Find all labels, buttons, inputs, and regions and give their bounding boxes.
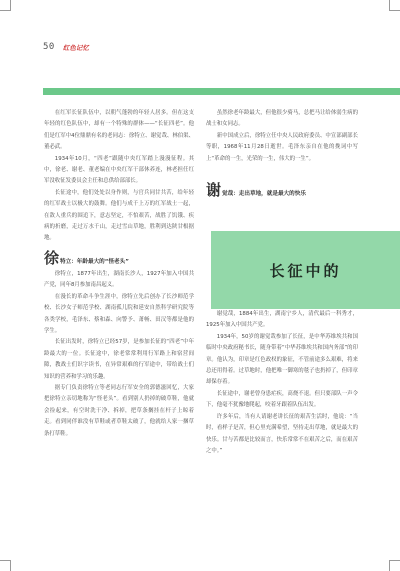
section-title: 觉哉：走出草地，就是最大的快乐 xyxy=(222,190,306,198)
drop-char: 徐 xyxy=(44,251,59,266)
paragraph: 新中国成立后，徐特立任中央人民政府委员、中宣部副部长等职，1968年11月28日… xyxy=(206,131,358,165)
page-number: 50 xyxy=(43,42,55,52)
section-heading-xu: 徐 特立：年龄最大的“怪老头” xyxy=(44,251,194,266)
paragraph: 据专门负责徐特立等老同志行军安全的郭德滋回忆，大家把徐特立亲切地称为“怪老头”。… xyxy=(44,383,194,440)
title-callout-box: 长征中的 xyxy=(211,231,400,309)
crop-mark-top-right xyxy=(389,0,400,11)
section-name: 红色记忆 xyxy=(63,43,89,52)
drop-char: 谢 xyxy=(206,183,221,198)
crop-mark-bottom-right xyxy=(389,560,400,571)
callout-title: 长征中的 xyxy=(269,260,341,281)
section-heading-xie: 谢 觉哉：走出草地，就是最大的快乐 xyxy=(206,183,358,198)
decorative-green-bar xyxy=(43,88,400,95)
crop-mark-bottom-left xyxy=(0,560,11,571)
crop-mark-top-left xyxy=(0,0,11,11)
paragraph: 1934年，50岁的谢觉哉参加了长征，是中华苏维埃共和国临时中央政府秘书长，随身… xyxy=(206,332,358,389)
paragraph: 在漫长的革命斗争生涯中，徐特立先后创办了长沙师范学校、长沙女子师范学校、湖南孤儿… xyxy=(44,292,194,338)
section-title: 特立：年龄最大的“怪老头” xyxy=(60,258,129,266)
paragraph: 许多年后，当有人请谢老讲长征的艰苦生活时，他说：“当时，看样子是苦，但心里充满希… xyxy=(206,412,358,458)
paragraph: 徐特立，1877年出生，湖南长沙人，1927年加入中国共产党，同年8月参加南昌起… xyxy=(44,269,194,292)
paragraph: 谢觉哉，1884年出生，湖南宁乡人，清代最后一科秀才，1925年加入中国共产党。 xyxy=(206,309,358,332)
paragraph: 在红军长征队伍中，以朝气蓬勃的年轻人居多。但在这支年轻的红色队伍中，却有一个特殊… xyxy=(44,108,194,154)
paragraph: 虽然徐老年龄最大，但他很少骑马，总把马让给体弱生病的战士和女同志。 xyxy=(206,108,358,131)
paragraph: 1934年10月，“四老”跟随中央红军踏上漫漫征程。其中，徐老、谢老、董老编在中… xyxy=(44,154,194,188)
page-header: 50 红色记忆 xyxy=(43,42,89,52)
paragraph: 长征途中，谢老曾身患疟疾，高烧不退。但只要部队一声令下，他毫不犹豫地爬起，咬着牙… xyxy=(206,389,358,412)
left-column: 在红军长征队伍中，以朝气蓬勃的年轻人居多。但在这支年轻的红色队伍中，却有一个特殊… xyxy=(44,108,194,440)
paragraph: 长征途中，他们处处以身作则，与官兵同甘共苦，给年轻的红军战士以极大的鼓舞。他们与… xyxy=(44,188,194,245)
paragraph: 长征出发时，徐特立已经57岁，是参加长征的“四老”中年龄最大的一位。长征途中，徐… xyxy=(44,337,194,383)
